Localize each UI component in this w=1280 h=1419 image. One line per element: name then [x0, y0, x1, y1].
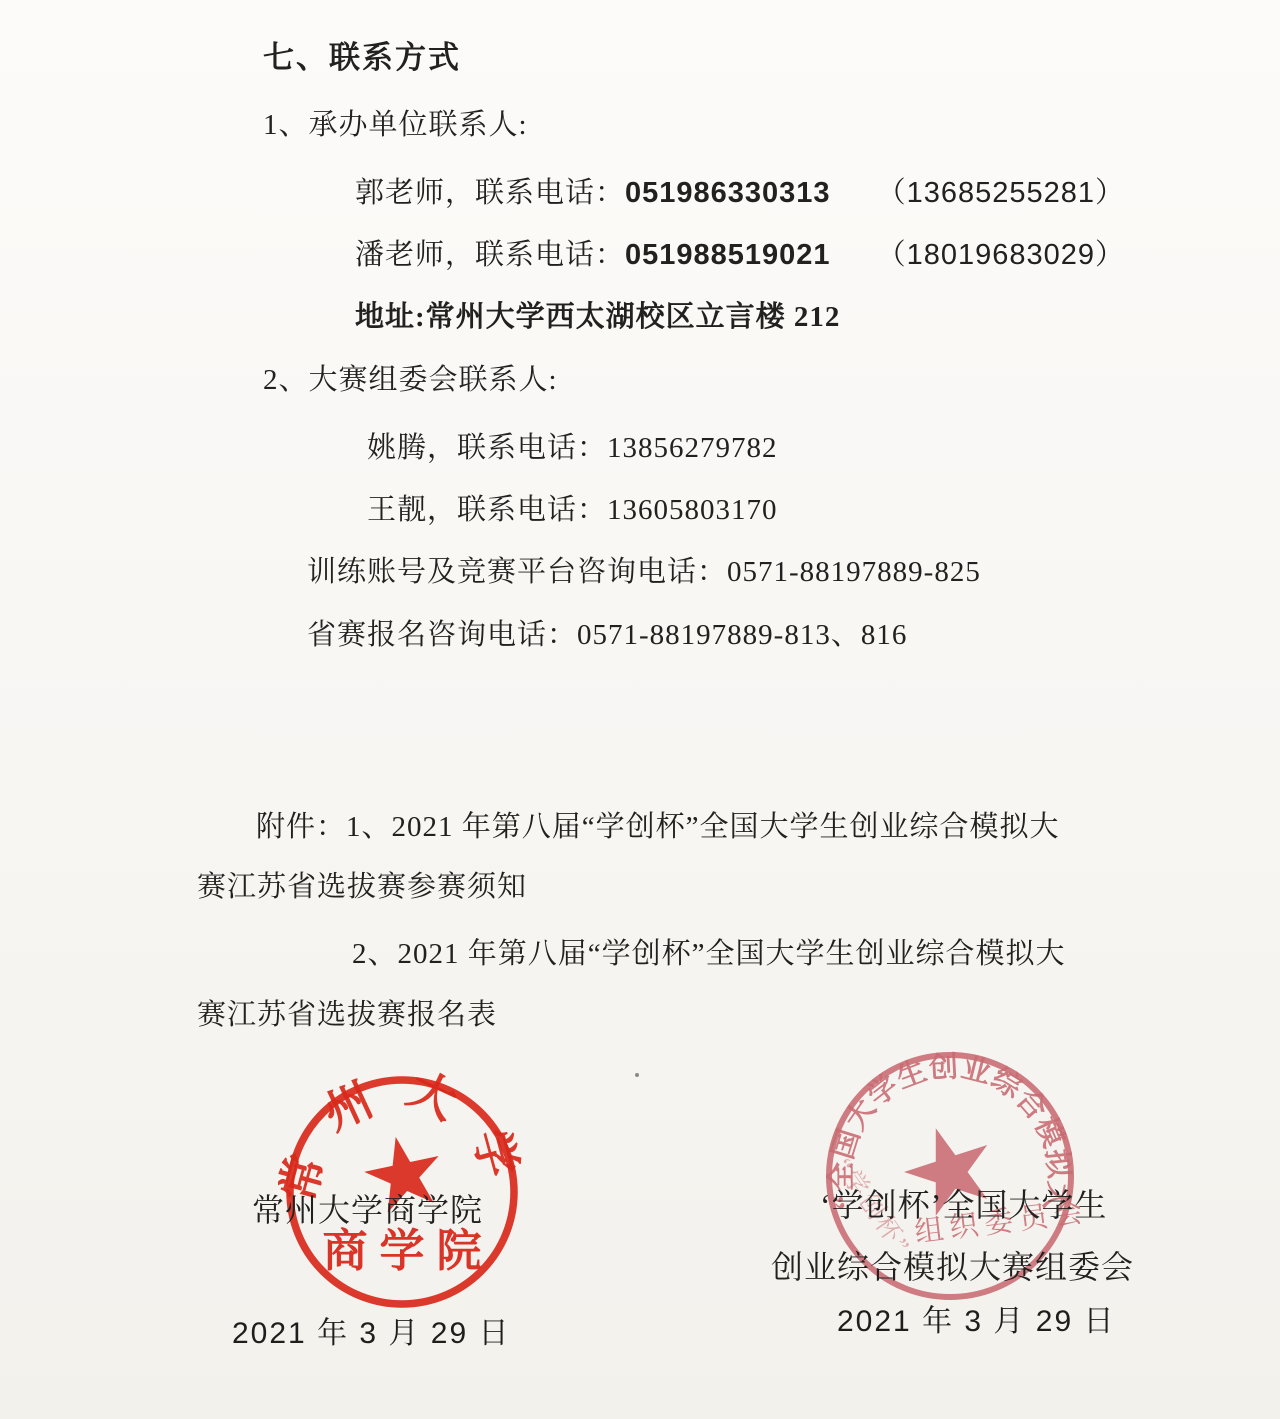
address-line: 地址:常州大学西太湖校区立言楼 212	[355, 301, 840, 334]
right-signature-date: 2021 年 3 月 29 日	[837, 1305, 1115, 1340]
contact-guo-phone: 051986330313	[625, 177, 831, 209]
left-stamp-bottom-text: 商学院	[322, 1226, 493, 1276]
contact-pan-phone: 051988519021	[625, 239, 831, 271]
contact-pan-alt-phone: （18019683029）	[877, 239, 1125, 271]
contact-guo-alt-phone: （13685255281）	[877, 177, 1125, 209]
attachment-2-line-1: 2、2021 年第八届“学创杯”全国大学生创业综合模拟大	[352, 938, 1066, 971]
contact-line-yao: 姚腾，联系电话：13856279782	[367, 432, 778, 465]
left-signature-org: 常州大学商学院	[252, 1192, 483, 1229]
hotline-province: 省赛报名咨询电话：0571-88197889-813、816	[307, 619, 907, 652]
right-signature-org-line-2: 创业综合模拟大赛组委会	[771, 1249, 1134, 1286]
attachment-2-line-2: 赛江苏省选拔赛报名表	[197, 999, 497, 1032]
scan-speckle	[635, 1073, 639, 1077]
attachment-1-line-1: 附件：1、2021 年第八届“学创杯”全国大学生创业综合模拟大	[256, 811, 1060, 844]
subsection-2-label: 2、大赛组委会联系人:	[263, 364, 558, 397]
contact-line-wang: 王靓，联系电话：13605803170	[367, 494, 778, 527]
contact-line-guo: 郭老师，联系电话：051986330313（13685255281）	[355, 177, 1125, 210]
subsection-1-label: 1、承办单位联系人:	[263, 109, 528, 142]
attachment-1-line-2: 赛江苏省选拔赛参赛须知	[197, 871, 527, 904]
right-signature-org-line-1: ‘学创杯’全国大学生	[820, 1187, 1107, 1224]
contact-guo-prefix: 郭老师，联系电话：	[355, 177, 625, 209]
document-page: 七、联系方式 1、承办单位联系人: 郭老师，联系电话：051986330313（…	[0, 0, 1280, 1419]
left-signature-date: 2021 年 3 月 29 日	[232, 1317, 510, 1352]
contact-pan-prefix: 潘老师，联系电话：	[355, 239, 625, 271]
contact-line-pan: 潘老师，联系电话：051988519021（18019683029）	[355, 239, 1125, 272]
hotline-training: 训练账号及竞赛平台咨询电话：0571-88197889-825	[307, 556, 981, 589]
section-heading: 七、联系方式	[263, 40, 461, 76]
